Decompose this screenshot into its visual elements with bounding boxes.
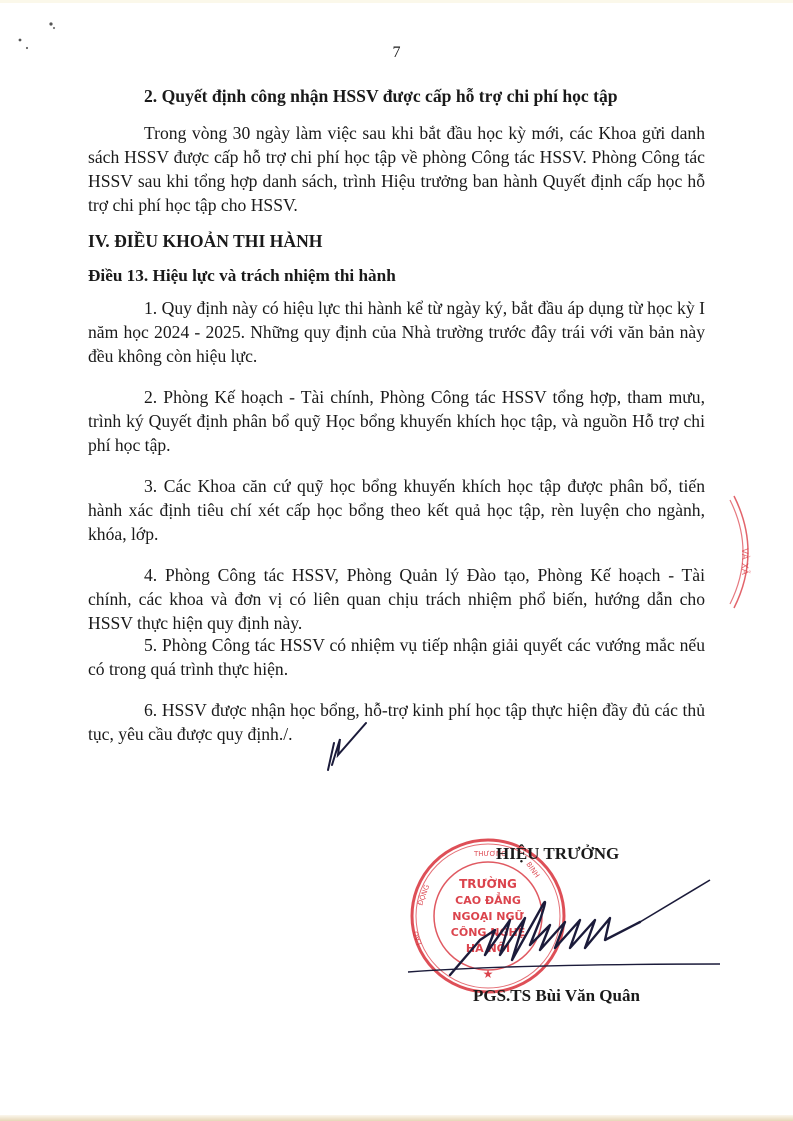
clause-4: 4. Phòng Công tác HSSV, Phòng Quản lý Đà… xyxy=(88,563,705,635)
clause-2: 2. Phòng Kế hoạch - Tài chính, Phòng Côn… xyxy=(88,385,705,457)
signatory-name: PGS.TS Bùi Văn Quân xyxy=(473,986,640,1006)
section-heading: IV. ĐIỀU KHOẢN THI HÀNH xyxy=(88,229,705,253)
handwritten-signature-icon xyxy=(400,860,720,980)
subsection-heading: 2. Quyết định công nhận HSSV được cấp hỗ… xyxy=(144,84,744,108)
clause-5: 5. Phòng Công tác HSSV có nhiệm vụ tiếp … xyxy=(88,633,705,681)
article-heading: Điều 13. Hiệu lực và trách nhiệm thi hàn… xyxy=(88,264,705,288)
partial-stamp-icon: VÀ XÃ xyxy=(728,492,768,612)
page-number: 7 xyxy=(0,44,793,62)
clause-3: 3. Các Khoa căn cứ quỹ học bổng khuyến k… xyxy=(88,474,705,546)
subsection-paragraph: Trong vòng 30 ngày làm việc sau khi bắt … xyxy=(88,121,705,217)
scan-top-edge xyxy=(0,0,793,3)
initial-mark-icon xyxy=(316,715,376,775)
clause-6: 6. HSSV được nhận học bổng, hỗ-trợ kinh … xyxy=(88,698,705,746)
clause-1: 1. Quy định này có hiệu lực thi hành kể … xyxy=(88,296,705,368)
scan-bottom-edge xyxy=(0,1115,793,1121)
svg-text:VÀ XÃ: VÀ XÃ xyxy=(739,548,751,576)
